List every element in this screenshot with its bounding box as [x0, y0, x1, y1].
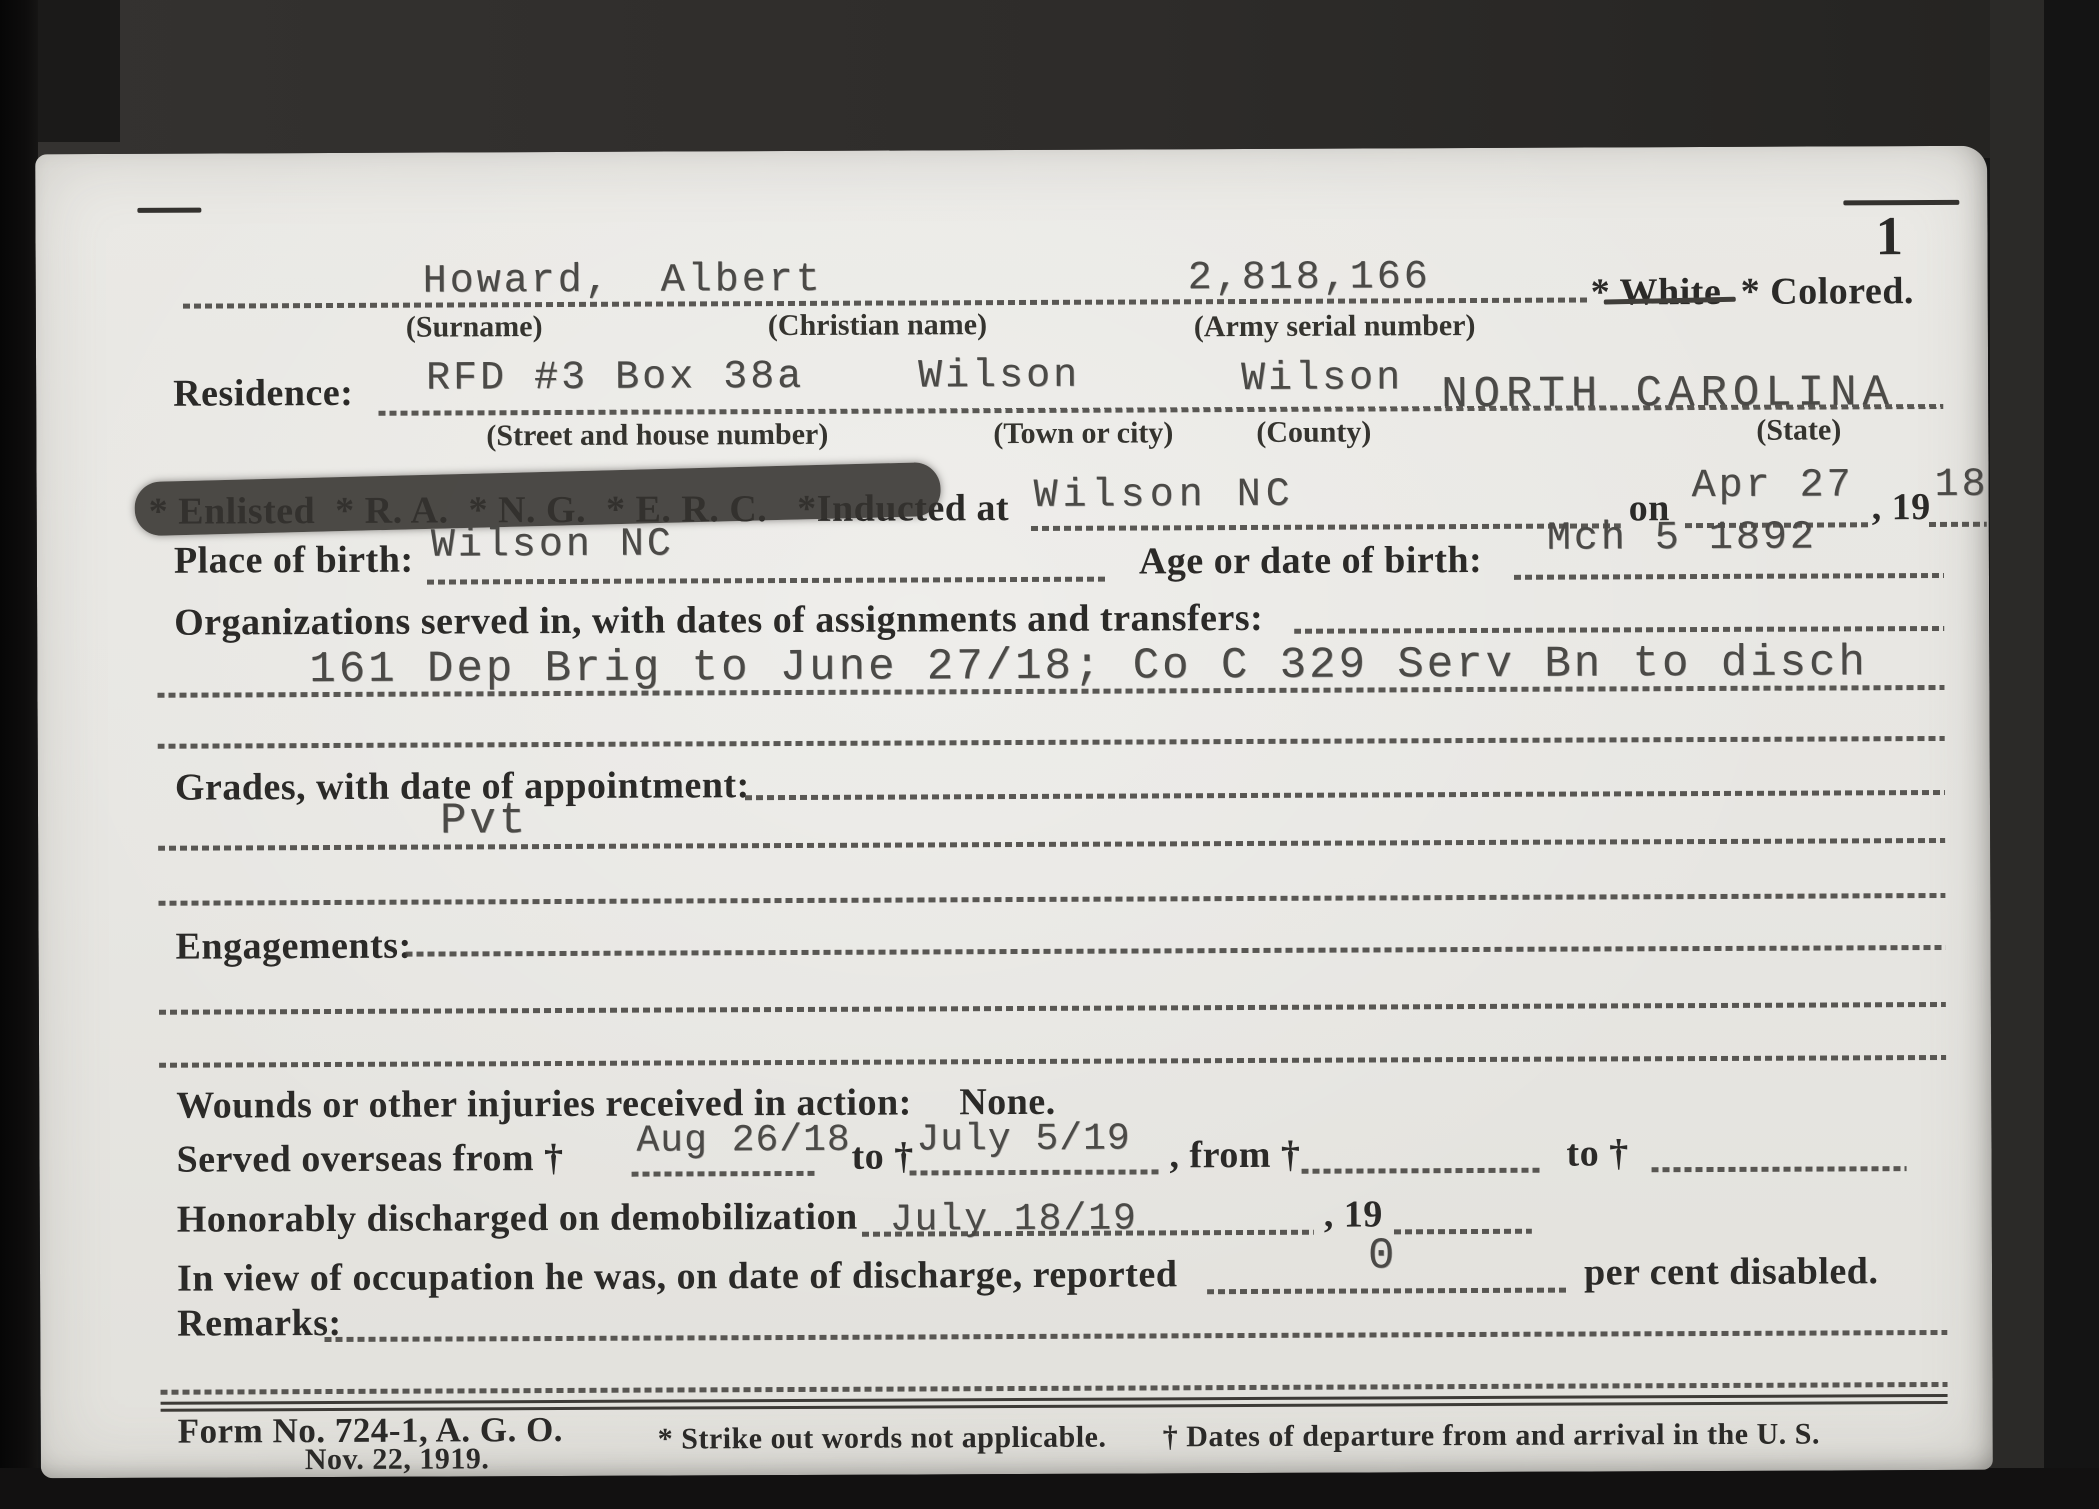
page-number: 1: [1875, 208, 1903, 263]
birth-place-label: Place of birth:: [174, 541, 414, 582]
induction-year-value: 18: [1935, 466, 1989, 506]
induction-year-line: [1929, 522, 1987, 527]
street-label: (Street and house number): [486, 420, 828, 451]
residence-label: Residence:: [173, 374, 353, 415]
overseas-to-value: July 5/19: [916, 1121, 1130, 1160]
overseas-from2-line: [1302, 1168, 1540, 1174]
disability-label: In view of occupation he was, on date of…: [177, 1255, 1178, 1299]
induction-place-value: Wilson NC: [1034, 476, 1295, 517]
discharge-label: Honorably discharged on demobilization: [177, 1198, 858, 1241]
discharge-year-line: [1394, 1229, 1532, 1235]
record-card: 1 Howard, Albert 2,818,166 * White * Col…: [0, 0, 2099, 1509]
discharge-year-label: , 19: [1324, 1195, 1383, 1235]
state-value: NORTH CAROLINA: [1441, 371, 1895, 417]
surname-label: (Surname): [406, 312, 543, 343]
street-value: RFD #3 Box 38a: [426, 358, 804, 400]
overseas-to2-label: to †: [1566, 1134, 1628, 1174]
organizations-label: Organizations served in, with dates of a…: [174, 599, 1263, 644]
organizations-value: 161 Dep Brig to June 27/18; Co C 329 Ser…: [309, 641, 1868, 692]
engagements-label: Engagements:: [176, 927, 412, 968]
footnote-strike-out: * Strike out words not applicable.: [658, 1422, 1107, 1455]
serial-number-label: (Army serial number): [1194, 311, 1476, 342]
overseas-from-value: Aug 26/18: [636, 1122, 850, 1161]
town-value: Wilson: [918, 357, 1080, 398]
county-label: (County): [1256, 417, 1371, 448]
race-option-colored: * Colored.: [1741, 272, 1914, 313]
birth-place-value: Wilson NC: [431, 526, 674, 567]
disability-suffix: per cent disabled.: [1584, 1252, 1879, 1293]
race-option-white: * White: [1591, 273, 1722, 313]
overseas-from-line: [632, 1171, 818, 1177]
induction-year-label: , 19: [1872, 488, 1931, 528]
overseas-from-label: Served overseas from †: [176, 1139, 563, 1181]
disability-value: 0: [1368, 1234, 1398, 1278]
town-label: (Town or city): [993, 418, 1173, 449]
form-date: Nov. 22, 1919.: [305, 1443, 490, 1475]
surname-value: Howard,: [423, 262, 612, 303]
christian-name-label: (Christian name): [768, 310, 987, 341]
grade-value: Pvt: [440, 799, 528, 843]
serial-number-value: 2,818,166: [1188, 258, 1431, 299]
footnote-dates: † Dates of departure from and arrival in…: [1163, 1419, 1820, 1453]
top-left-dash: [137, 208, 201, 213]
county-value: Wilson: [1241, 359, 1403, 400]
birth-date-value: Mch 5 1892: [1547, 519, 1817, 560]
birth-date-label: Age or date of birth:: [1139, 541, 1482, 582]
scanned-service-record: 1 Howard, Albert 2,818,166 * White * Col…: [0, 0, 2099, 1509]
overseas-to-label: to †: [851, 1137, 913, 1177]
induction-date-value: Apr 27: [1692, 466, 1854, 507]
state-label: (State): [1756, 415, 1841, 445]
christian-name-value: Albert: [661, 261, 823, 302]
remarks-label: Remarks:: [177, 1304, 342, 1345]
overseas-from2-label: , from †: [1169, 1136, 1300, 1176]
